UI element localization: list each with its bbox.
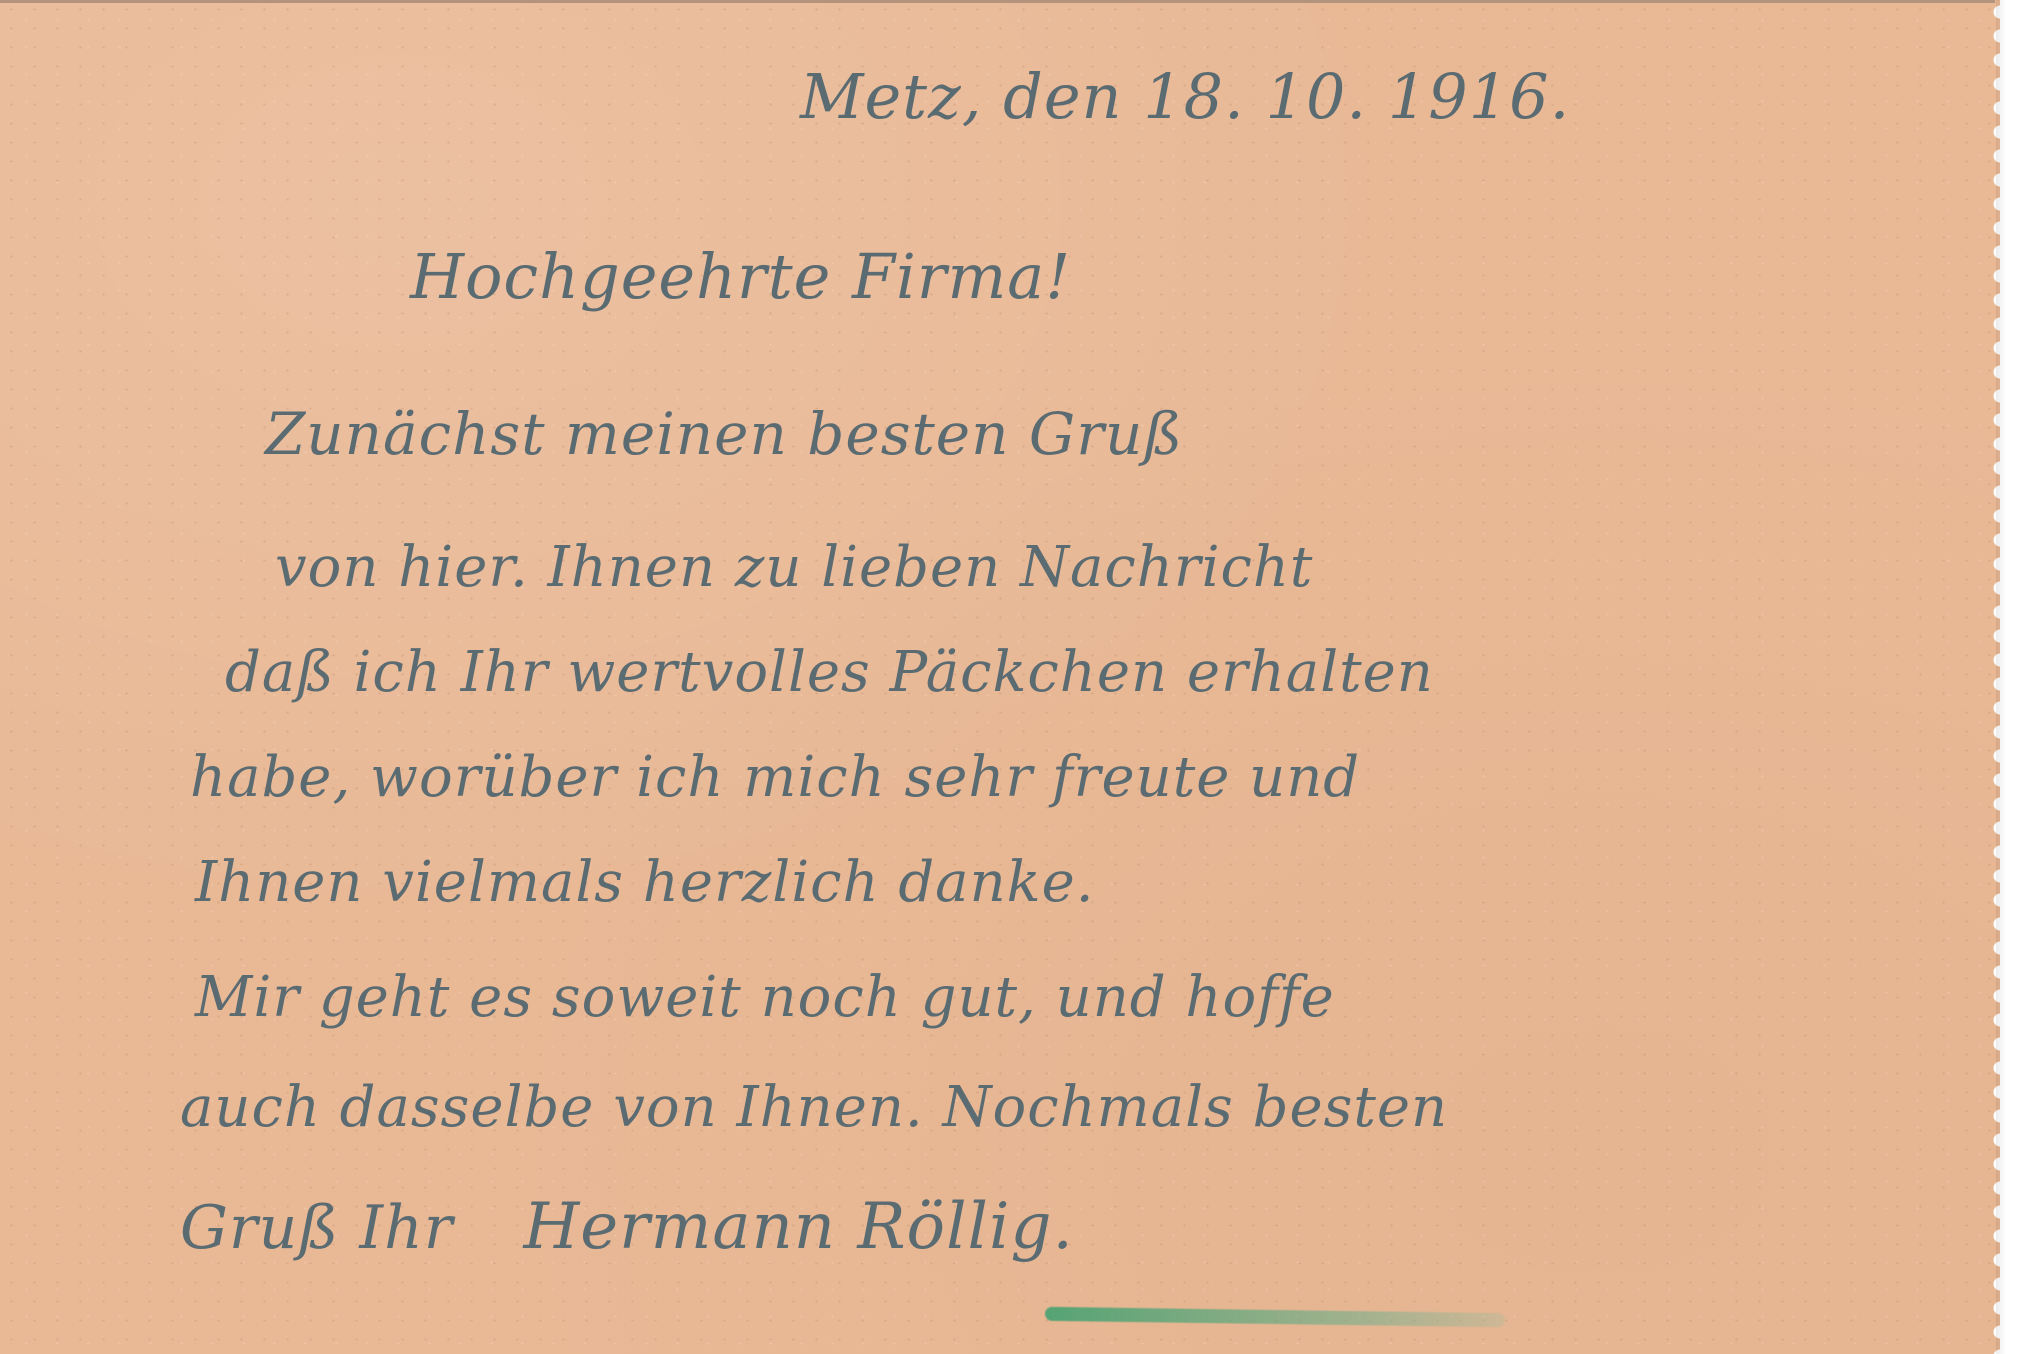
- card-edge-shadow: [1996, 0, 2006, 1354]
- body-line-4: habe, worüber ich mich sehr freute und: [190, 745, 1360, 810]
- signature: Hermann Röllig.: [523, 1190, 1073, 1264]
- body-line-6: Mir geht es soweit noch gut, und hoffe: [195, 965, 1335, 1030]
- closing: Gruß Ihr: [180, 1193, 453, 1263]
- signature-line: Gruß IhrHermann Röllig.: [180, 1190, 1074, 1264]
- green-crayon-mark: [1045, 1307, 1505, 1327]
- body-line-3: daß ich Ihr wertvolles Päckchen erhalten: [225, 640, 1434, 705]
- card-top-edge: [0, 0, 1995, 3]
- body-line-7: auch dasselbe von Ihnen. Nochmals besten: [180, 1075, 1448, 1140]
- body-line-2: von hier. Ihnen zu lieben Nachricht: [275, 535, 1313, 600]
- salutation: Hochgeehrte Firma!: [410, 240, 1071, 313]
- date-line: Metz, den 18. 10. 1916.: [800, 60, 1570, 133]
- body-line-1: Zunächst meinen besten Gruß: [265, 400, 1665, 468]
- postcard: Metz, den 18. 10. 1916. Hochgeehrte Firm…: [0, 0, 2000, 1354]
- body-line-5: Ihnen vielmals herzlich danke.: [195, 850, 1095, 915]
